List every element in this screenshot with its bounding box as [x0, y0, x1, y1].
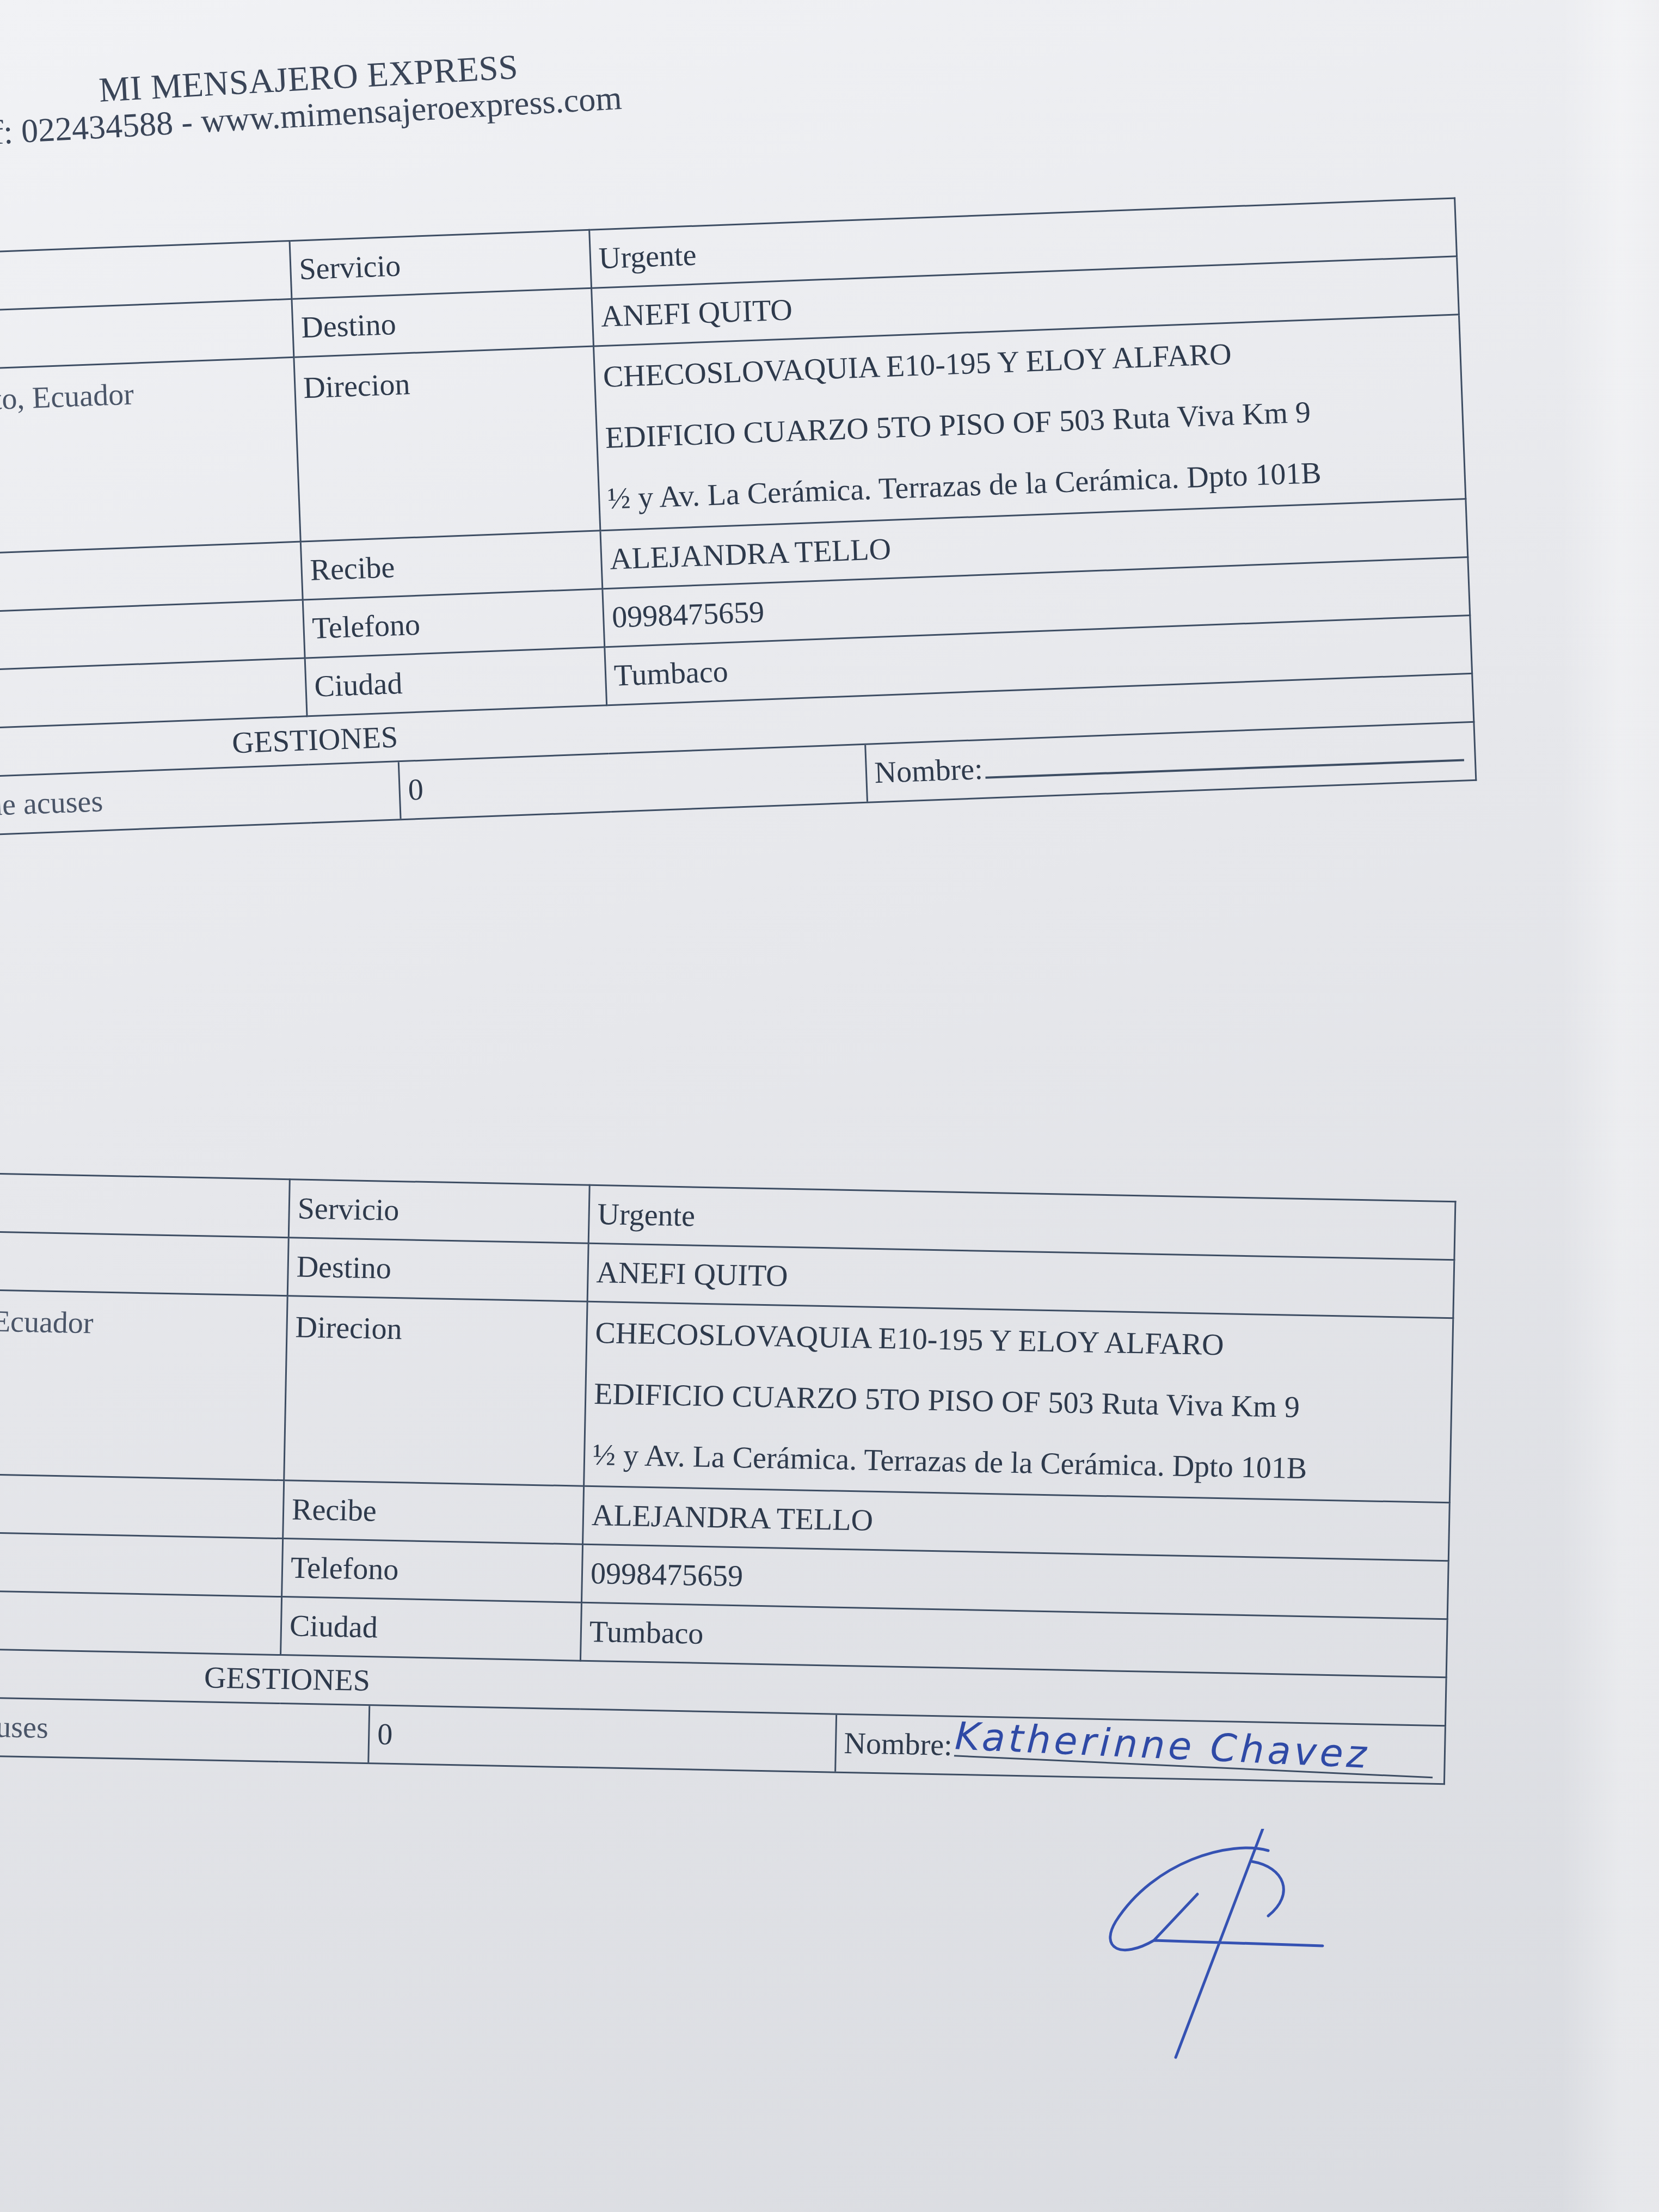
field-label: Recibe	[283, 1480, 584, 1545]
origin-address: mica, Quito, Ecuador	[0, 357, 300, 557]
field-label: Servicio	[290, 230, 592, 299]
field-label: Direcion	[294, 346, 600, 542]
paper-edge-shading	[1561, 0, 1659, 2212]
origin-cell	[0, 1530, 283, 1596]
acuses-value: 0	[368, 1706, 836, 1771]
origin-cell	[0, 1472, 284, 1538]
acuses-label: olución de acuses	[0, 762, 401, 838]
signature-icon	[1089, 1829, 1393, 2079]
delivery-ticket-1: Servicio Urgente Destino ANEFI QUITO mic…	[0, 197, 1477, 839]
nombre-label: Nombre:	[874, 752, 984, 790]
origin-cell	[0, 1230, 288, 1296]
field-label: Direcion	[284, 1296, 587, 1486]
letterhead: MI MENSAJERO EXPRESS f: 022434588 - www.…	[0, 41, 623, 152]
field-label: Destino	[292, 288, 594, 357]
nombre-field: Nombre:Katherinne Chavez	[835, 1715, 1445, 1783]
acuses-label: ución de acuses	[0, 1696, 370, 1762]
nombre-blank-line	[985, 738, 1464, 779]
handwritten-name: Katherinne Chavez	[954, 1717, 1434, 1778]
nombre-label: Nombre:	[844, 1726, 953, 1762]
table-row: ca, Quito, Ecuador Direcion CHECOSLOVAQU…	[0, 1287, 1453, 1502]
field-label: Telefono	[303, 589, 605, 658]
origin-cell	[0, 1171, 290, 1238]
field-label: Ciudad	[305, 647, 607, 716]
field-value-direccion: CHECOSLOVAQUIA E10-195 Y ELOY ALFARO EDI…	[584, 1301, 1453, 1502]
field-value-direccion: CHECOSLOVAQUIA E10-195 Y ELOY ALFARO EDI…	[593, 315, 1465, 531]
origin-address: ca, Quito, Ecuador	[0, 1287, 287, 1480]
field-label: Recibe	[300, 531, 603, 600]
field-label: Ciudad	[281, 1597, 582, 1661]
field-label: Destino	[287, 1238, 588, 1302]
delivery-ticket-2: Servicio Urgente Destino ANEFI QUITO ca,…	[0, 1170, 1456, 1785]
origin-cell	[0, 1588, 282, 1655]
field-label: Telefono	[282, 1539, 583, 1603]
field-label: Servicio	[288, 1179, 589, 1244]
